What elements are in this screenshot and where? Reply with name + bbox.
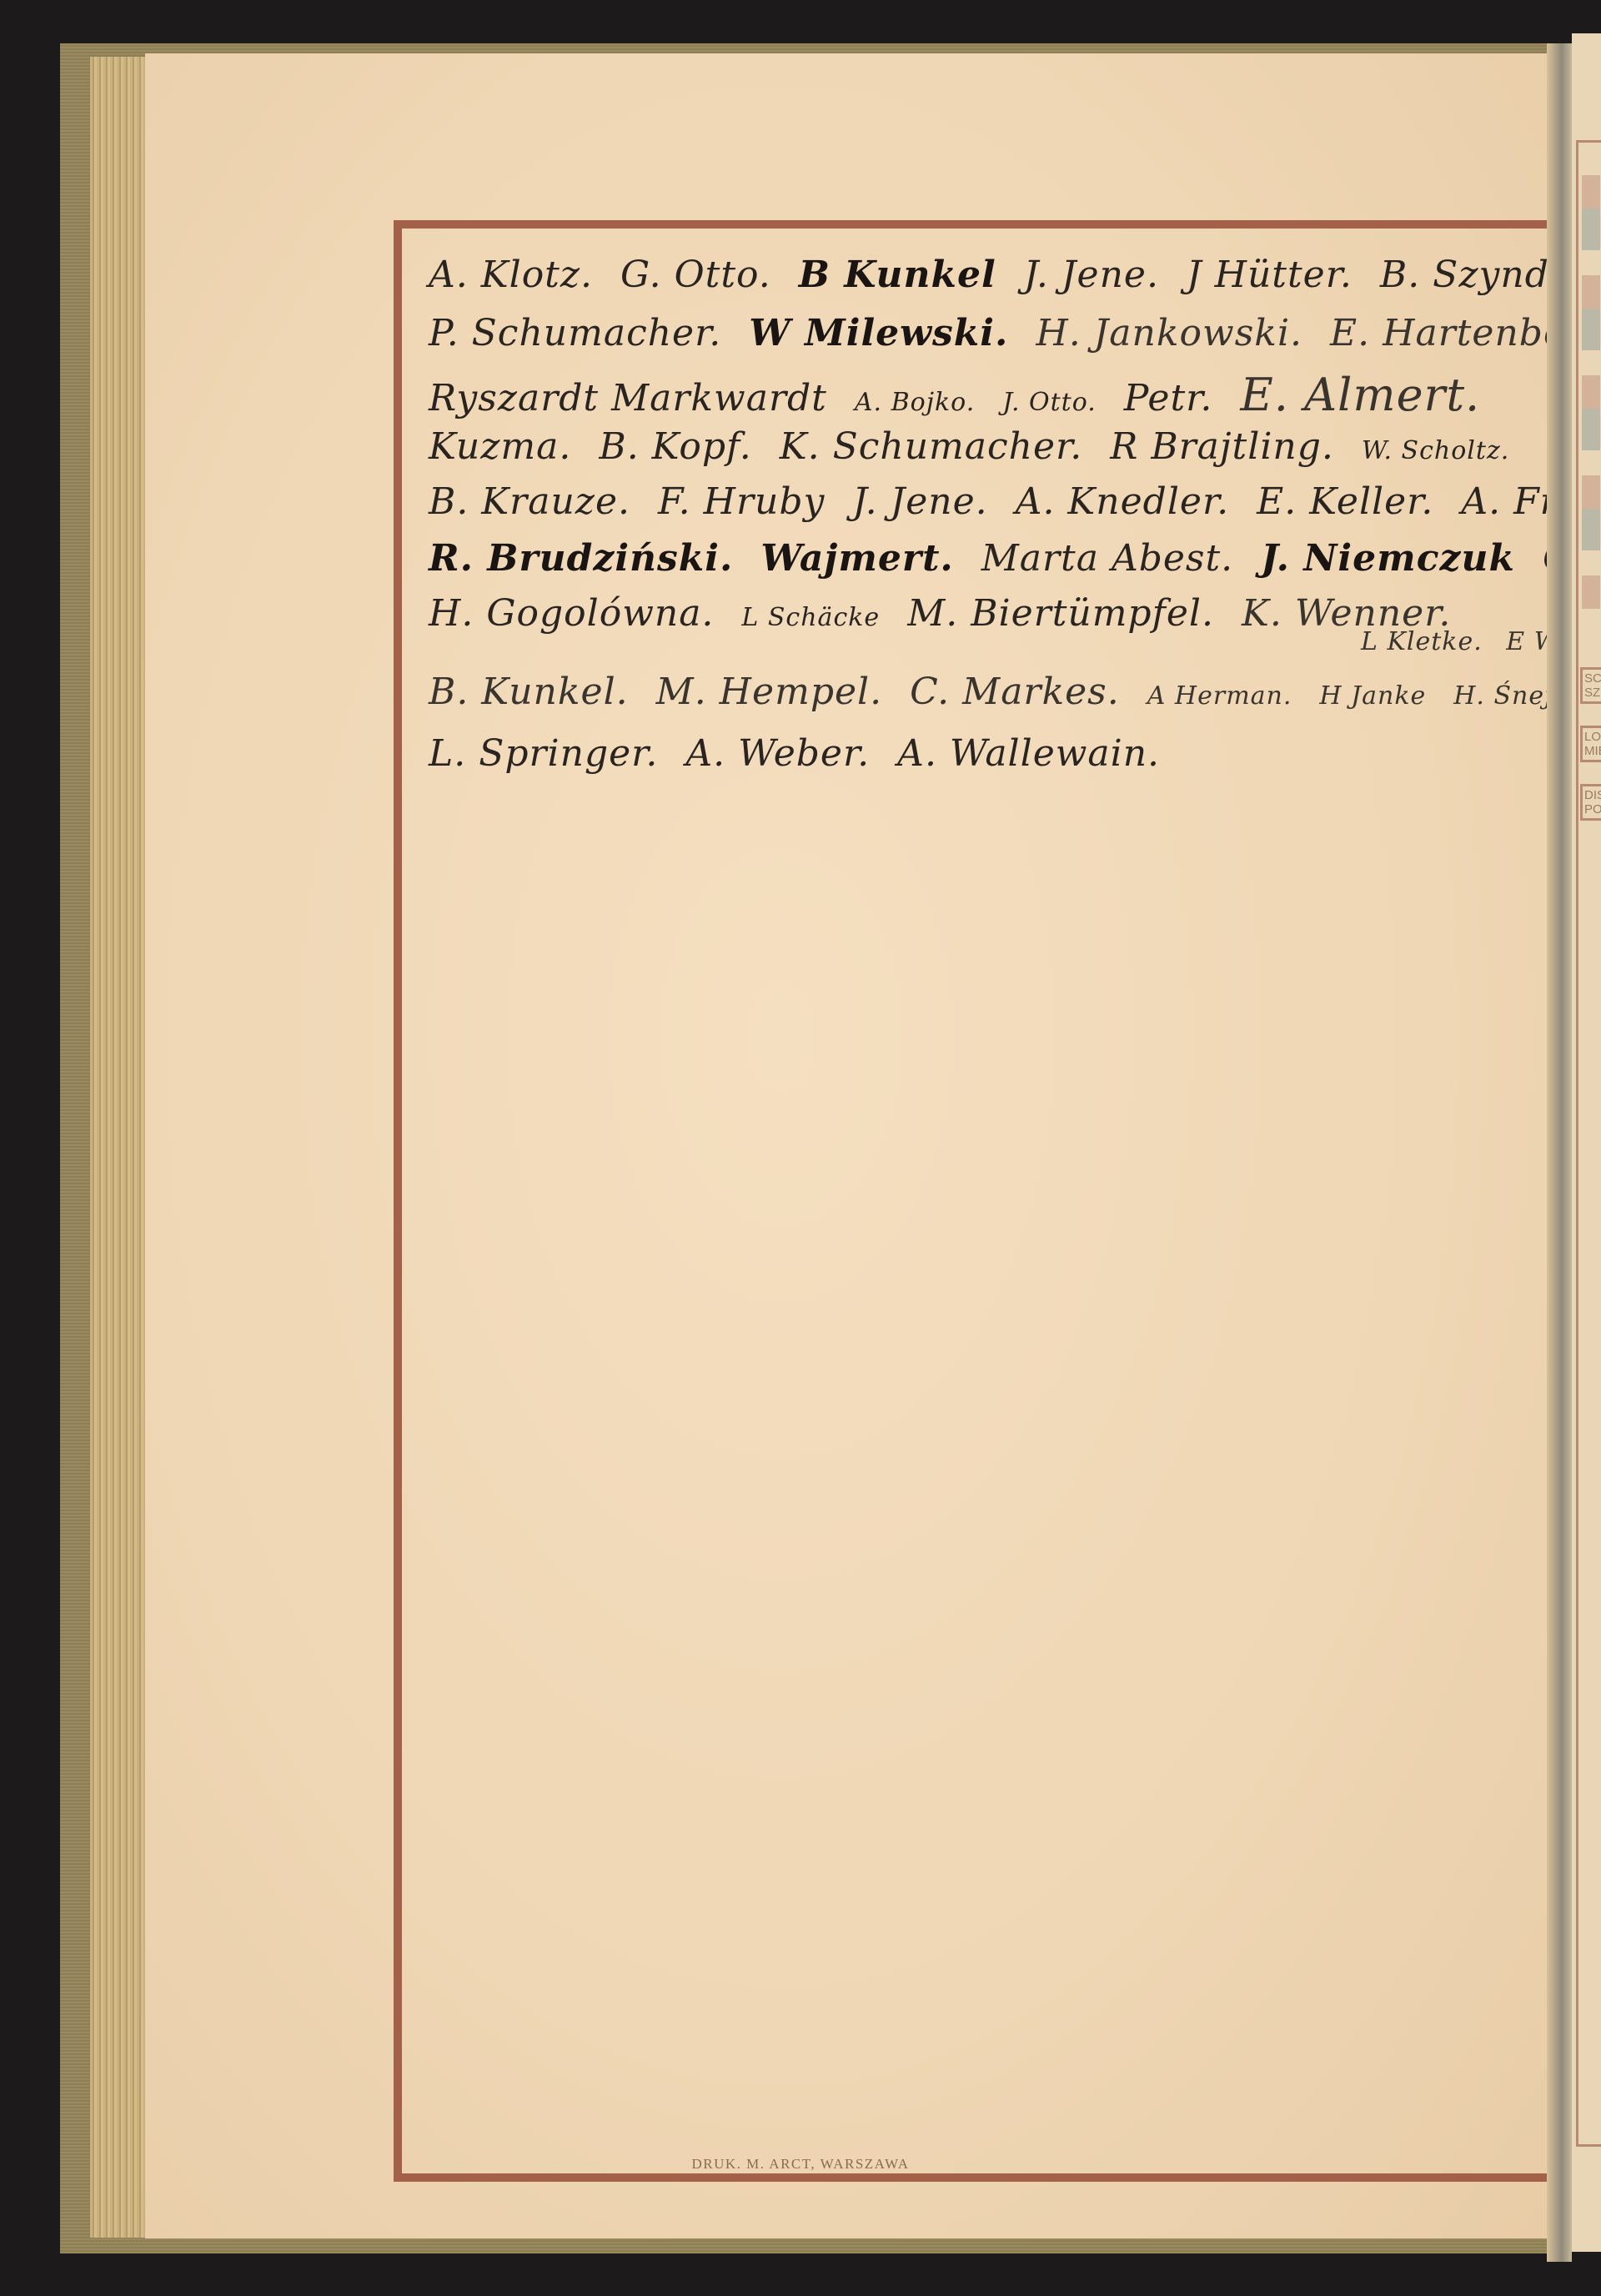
signature: W Milewski.	[749, 312, 1008, 354]
signature: E. Almert.	[1240, 369, 1480, 421]
signature-line-8: B. Kunkel. M. Hempel. C. Markes. A Herma…	[429, 671, 1601, 713]
signature: Ryszardt Markwardt	[429, 377, 827, 420]
printer-imprint: DRUK. M. ARCT, WARSZAWA	[0, 2156, 1601, 2173]
signature: Marta Abest.	[981, 537, 1233, 580]
signature: P. Schumacher.	[429, 312, 721, 354]
signature: J. Otto.	[1002, 388, 1097, 417]
signature: J. Jene.	[1024, 254, 1159, 296]
signature: Kuzma.	[429, 425, 571, 468]
adjacent-page: SCHO SZKO LOC MIEJ DIST POW	[1572, 33, 1601, 2252]
signature: L Schäcke	[741, 603, 880, 632]
signature: J. Jene.	[852, 480, 987, 523]
signature: G. Otto.	[620, 254, 771, 296]
signature: R. Brudziński.	[429, 537, 733, 580]
page-edges	[90, 57, 145, 2238]
signature: B. Kunkel.	[429, 671, 629, 713]
signature: Wajmert.	[760, 537, 953, 580]
signature-line-3: Ryszardt Markwardt A. Bojko. J. Otto. Pe…	[429, 369, 1495, 421]
signature-line-5: B. Krauze. F. Hruby J. Jene. A. Knedler.…	[429, 480, 1601, 523]
signature-line-7: H. Gogolówna. L Schäcke M. Biertümpfel. …	[429, 592, 1466, 635]
signature: M. Biertümpfel.	[907, 592, 1214, 635]
signature: J Hütter.	[1187, 254, 1353, 296]
adjacent-page-label: LOC MIEJ	[1580, 726, 1601, 762]
signature: A Herman.	[1147, 681, 1292, 711]
signature: H. Jankowski.	[1036, 312, 1302, 354]
signature: B Kunkel	[799, 254, 996, 296]
signature: J. Niemczuk	[1261, 537, 1515, 580]
adjacent-page-label: DIST POW	[1580, 784, 1601, 821]
book-page: A. Klotz. G. Otto. B Kunkel J. Jene. J H…	[145, 53, 1558, 2238]
signature: A. Wallewain.	[897, 732, 1160, 775]
signature: E. Keller.	[1257, 480, 1433, 523]
signature: L Kletke.	[1361, 627, 1483, 656]
signature: L. Springer.	[429, 732, 658, 775]
adjacent-page-label: SCHO SZKO	[1580, 667, 1601, 704]
signature: B. Kopf.	[599, 425, 751, 468]
signature: M. Hempel.	[656, 671, 882, 713]
signature: K. Schumacher.	[780, 425, 1082, 468]
signature: A. Knedler.	[1016, 480, 1229, 523]
signature-line-2: P. Schumacher. W Milewski. H. Jankowski.…	[429, 312, 1601, 354]
signature: H. Gogolówna.	[429, 592, 714, 635]
signature: C. Markes.	[910, 671, 1120, 713]
signature: F. Hruby	[658, 480, 825, 523]
signature: W. Scholtz.	[1362, 436, 1509, 465]
book-gutter	[1547, 43, 1572, 2262]
signature: A. Weber.	[685, 732, 870, 775]
page-border-frame: A. Klotz. G. Otto. B Kunkel J. Jene. J H…	[394, 220, 1601, 2182]
signature: Petr.	[1124, 377, 1213, 420]
signature: A. Bojko.	[855, 388, 975, 417]
signature: H Janke	[1319, 681, 1426, 711]
signature-line-9: L. Springer. A. Weber. A. Wallewain.	[429, 732, 1175, 775]
signature-line-4: Kuzma. B. Kopf. K. Schumacher. R Brajtli…	[429, 425, 1524, 468]
signature: A. Klotz.	[429, 254, 593, 296]
signature-line-1: A. Klotz. G. Otto. B Kunkel J. Jene. J H…	[429, 254, 1601, 296]
adjacent-page-ornament	[1582, 175, 1600, 609]
signature: R Brajtling.	[1110, 425, 1334, 468]
signature: B. Krauze.	[429, 480, 630, 523]
signature-line-6: R. Brudziński. Wajmert. Marta Abest. J. …	[429, 537, 1601, 580]
